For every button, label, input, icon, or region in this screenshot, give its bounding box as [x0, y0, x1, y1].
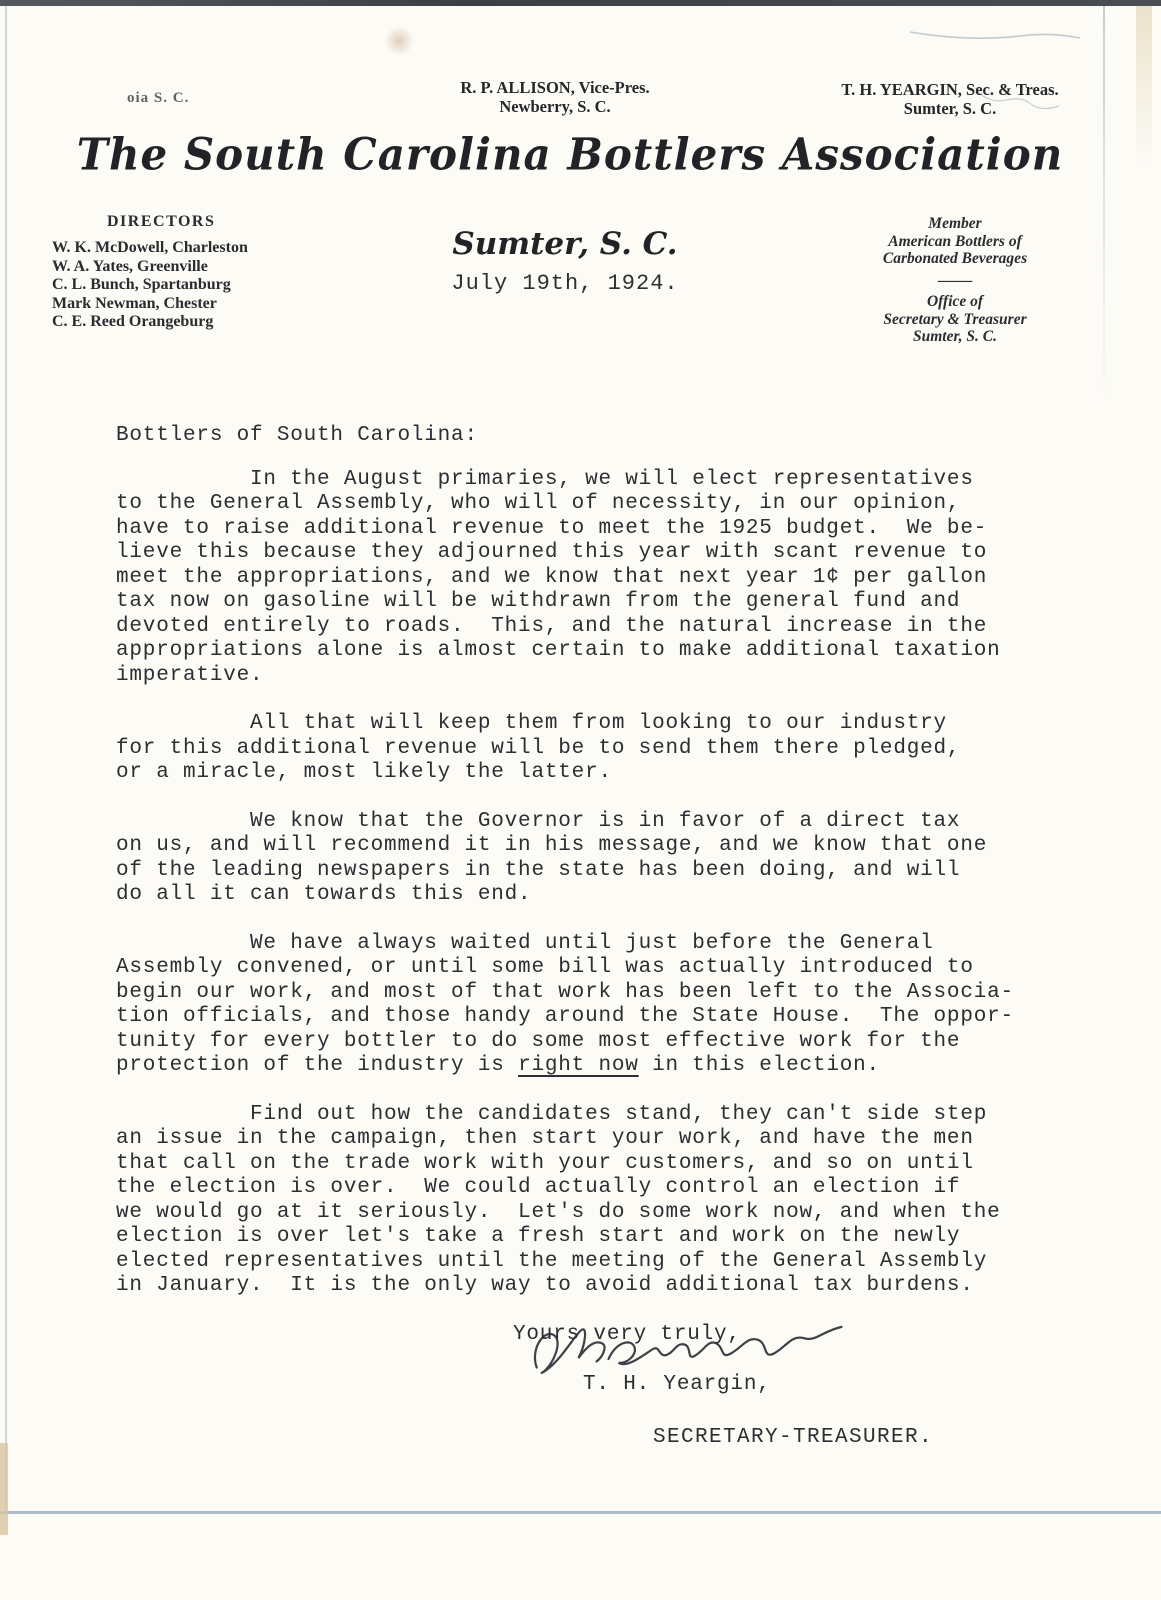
letter-line: imperative. — [116, 664, 1036, 689]
letter-line: tunity for every bottler to do some most… — [116, 1030, 1036, 1055]
signature-title: SECRETARY-TREASURER. — [653, 1426, 1036, 1451]
member-line: Member — [800, 215, 1110, 233]
letter-line: In the August primaries, we will elect r… — [116, 468, 1036, 493]
paper-stain — [384, 26, 414, 56]
letter-line: lieve this because they adjourned this y… — [116, 541, 1036, 566]
letter-paragraph: In the August primaries, we will elect r… — [116, 468, 1036, 689]
member-line: American Bottlers of — [800, 233, 1110, 251]
list-item: W. A. Yates, Greenville — [52, 258, 312, 277]
association-title: The South Carolina Bottlers Association — [40, 129, 1100, 180]
member-line: Secretary & Treasurer — [800, 311, 1110, 329]
dateline-city: Sumter, S. C. — [400, 226, 730, 262]
scanned-letter: oia S. C. R. P. ALLISON, Vice-Pres. Newb… — [0, 0, 1161, 1600]
letter-line: We know that the Governor is in favor of… — [116, 810, 1036, 835]
letter-line: protection of the industry is right now … — [116, 1054, 1036, 1079]
letter-line: we would go at it seriously. Let's do so… — [116, 1201, 1036, 1226]
letter-line: of the leading newspapers in the state h… — [116, 859, 1036, 884]
member-divider: — — [614, 272, 1161, 290]
officer-sec-treas: T. H. YEARGIN, Sec. & Treas. Sumter, S. … — [770, 80, 1130, 118]
letter-line: or a miracle, most likely the latter. — [116, 761, 1036, 786]
officer-vp-name: R. P. ALLISON, Vice-Pres. — [380, 78, 730, 97]
letter-line: an issue in the campaign, then start you… — [116, 1127, 1036, 1152]
letter-line: devoted entirely to roads. This, and the… — [116, 615, 1036, 640]
letter-line: on us, and will recommend it in his mess… — [116, 834, 1036, 859]
list-item: C. L. Bunch, Spartanburg — [52, 276, 312, 295]
letter-line: election is over let's take a fresh star… — [116, 1225, 1036, 1250]
letter-line: the election is over. We could actually … — [116, 1176, 1036, 1201]
paper-bottom-edge — [0, 1511, 1161, 1514]
list-item: Mark Newman, Chester — [52, 295, 312, 314]
handwritten-signature — [529, 1304, 861, 1383]
letter-line: do all it can towards this end. — [116, 883, 1036, 908]
directors-list: W. K. McDowell, CharlestonW. A. Yates, G… — [52, 239, 312, 332]
letter-line: have to raise additional revenue to meet… — [116, 517, 1036, 542]
letter-line: tax now on gasoline will be withdrawn fr… — [116, 590, 1036, 615]
officer-vice-president: R. P. ALLISON, Vice-Pres. Newberry, S. C… — [380, 78, 730, 116]
member-line: Sumter, S. C. — [800, 328, 1110, 346]
member-line: Carbonated Beverages — [800, 250, 1110, 268]
letter-paragraph: All that will keep them from looking to … — [116, 712, 1036, 786]
letter-line: tion officials, and those handy around t… — [116, 1005, 1036, 1030]
header-partial-text: oia S. C. — [127, 90, 189, 107]
letter-line: All that will keep them from looking to … — [116, 712, 1036, 737]
directors-heading: DIRECTORS — [107, 213, 312, 231]
directors-block: DIRECTORS W. K. McDowell, CharlestonW. A… — [52, 213, 312, 332]
salutation: Bottlers of South Carolina: — [116, 424, 1036, 449]
letter-line: to the General Assembly, who will of nec… — [116, 492, 1036, 517]
letter-line: elected representatives until the meetin… — [116, 1250, 1036, 1275]
scan-left-edge — [5, 6, 7, 1510]
letter-line: for this additional revenue will be to s… — [116, 737, 1036, 762]
letter-paragraphs: In the August primaries, we will elect r… — [116, 468, 1036, 1299]
scan-top-edge — [0, 0, 1161, 6]
letter-line: begin our work, and most of that work ha… — [116, 981, 1036, 1006]
membership-block: Member American Bottlers of Carbonated B… — [800, 215, 1110, 346]
letter-line: Assembly convened, or until some bill wa… — [116, 956, 1036, 981]
letter-paragraph: Find out how the candidates stand, they … — [116, 1103, 1036, 1299]
officer-st-name: T. H. YEARGIN, Sec. & Treas. — [770, 80, 1130, 99]
member-line: Office of — [800, 293, 1110, 311]
letter-line: meet the appropriations, and we know tha… — [116, 566, 1036, 591]
officer-vp-city: Newberry, S. C. — [380, 97, 730, 116]
letter-body: Bottlers of South Carolina: In the Augus… — [116, 424, 1036, 1450]
letter-line: We have always waited until just before … — [116, 932, 1036, 957]
letter-paragraph: We know that the Governor is in favor of… — [116, 810, 1036, 908]
officer-st-city: Sumter, S. C. — [770, 99, 1130, 118]
underlined-phrase: right now — [518, 1054, 639, 1077]
letter-line: Find out how the candidates stand, they … — [116, 1103, 1036, 1128]
letter-line: in January. It is the only way to avoid … — [116, 1274, 1036, 1299]
letter-line: appropriations alone is almost certain t… — [116, 639, 1036, 664]
list-item: C. E. Reed Orangeburg — [52, 313, 312, 332]
scan-left-tan-strip — [0, 1443, 8, 1535]
letter-paragraph: We have always waited until just before … — [116, 932, 1036, 1079]
letter-line: that call on the trade work with your cu… — [116, 1152, 1036, 1177]
list-item: W. K. McDowell, Charleston — [52, 239, 312, 258]
